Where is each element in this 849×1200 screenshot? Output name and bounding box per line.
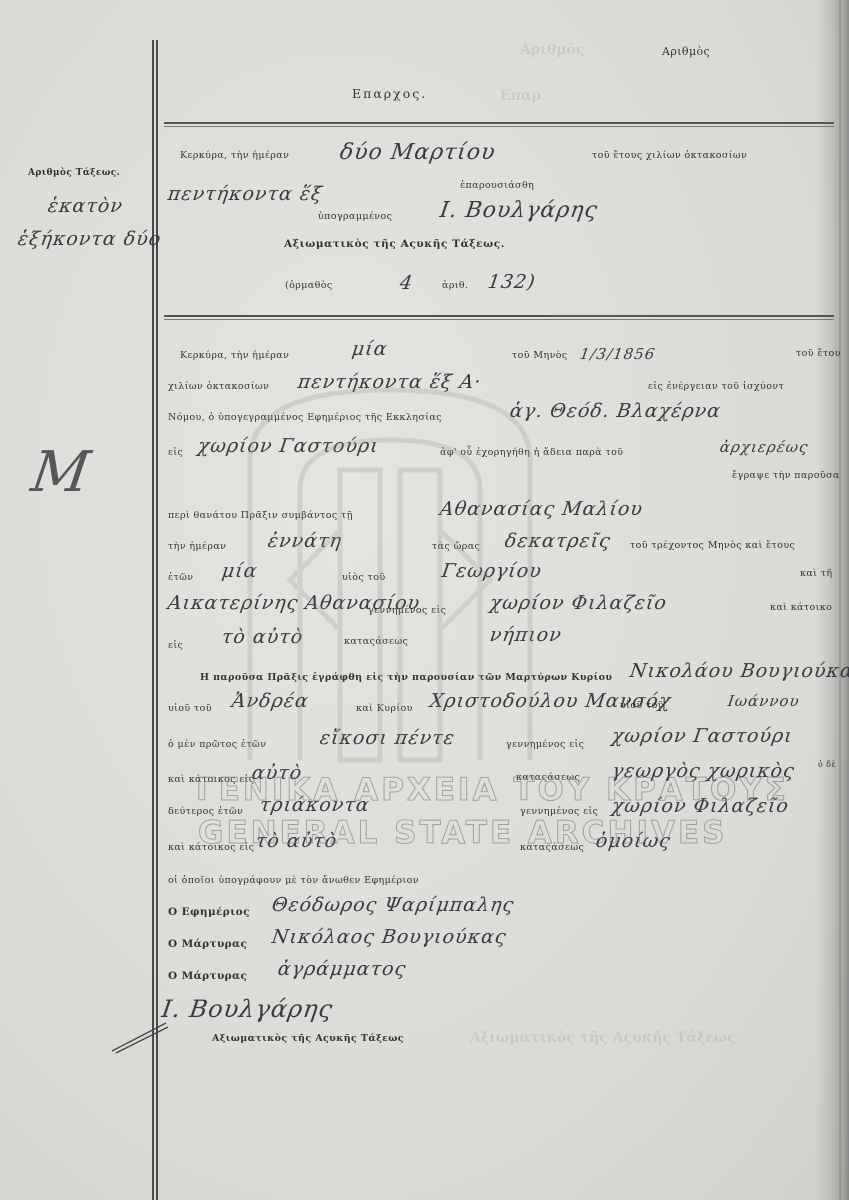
section-divider: [164, 319, 834, 320]
witness-intro: Η παροῦσα Πρᾶξις ἐγράφθη εἰς τὴν παρουσί…: [200, 672, 612, 683]
witness-label: Ο Μάρτυρας: [168, 938, 247, 950]
and-label: καὶ τῆ: [800, 568, 832, 579]
show-through-text: Αριθμὸς: [520, 42, 584, 58]
act-year: πεντήκοντα ἕξ Α·: [296, 371, 483, 393]
second-age-label: δεύτερος ἐτῶν: [168, 806, 243, 817]
son-of-label: υἱοῦ τοῦ: [620, 700, 664, 711]
witness1-status: γεωργὸς χωρικὸς: [610, 760, 796, 782]
margin-pen-stroke: [110, 1015, 170, 1055]
presentation-day: δύο Μαρτίου: [338, 140, 497, 165]
and-mr-label: καὶ Κυρίου: [356, 703, 413, 714]
year-label: τοῦ ἔτους χιλίων ὀκτακοσίων: [592, 150, 747, 161]
witness1-birthplace: χωρίον Γαστούρι: [610, 725, 794, 747]
age-label: ἐτῶν: [168, 572, 193, 583]
witness2-residence: τὸ αὐτὸ: [254, 830, 338, 852]
binding-edge: [839, 0, 841, 1200]
status-label: καταςάσεως: [516, 772, 580, 783]
signing-clause: οἱ ὁποῖοι ὑπογράφουν μὲ τὸν ἄνωθεν Εφημέ…: [168, 875, 419, 886]
son-of-label: υἱὸς τοῦ: [342, 572, 386, 583]
officer-title-top: Αξιωματικὸς τῆς Αςυκῆς Τάξεως.: [284, 238, 505, 250]
officer-signature-top: Ι. Βουλγάρης: [438, 198, 599, 223]
office-title: Επαρχος.: [352, 86, 427, 101]
presented-label: ἐπαρουσιάσθη: [460, 180, 534, 191]
age-value: μία: [220, 560, 259, 582]
priest-signature: Θεόδωρος Ψαρίμπαλης: [270, 894, 515, 916]
status-value: νήπιον: [488, 624, 563, 646]
status-label: καταςάσεως: [520, 842, 584, 853]
margin-initial: M: [27, 440, 94, 505]
undersigned-label: ὑπογραμμένος: [318, 211, 392, 222]
church-name: ἁγ. Θεόδ. Βλαχέρνα: [508, 400, 722, 422]
thousand-label: χιλίων ὀκτακοσίων: [168, 381, 269, 392]
record-number: 132): [486, 271, 537, 293]
birthplace: χωρίον Φιλαζεῖο: [488, 592, 668, 614]
wrote-label: ἔγραψε τὴν παροῦσα: [732, 470, 840, 481]
father-name: Γεωργίου: [440, 560, 543, 582]
priest-label: Ο Εφημέριος: [168, 906, 250, 918]
status-label: καταςάσεως: [344, 636, 408, 647]
witness2-status: ὁμοίως: [594, 830, 672, 852]
death-act-label: περὶ θανάτου Πρᾶξιν συμβάντος τῇ: [168, 510, 353, 521]
witness1-age: εἴκοσι πέντε: [318, 727, 456, 749]
second-label: ὁ δὲ: [818, 760, 836, 769]
permission-grantor: ἀρχιερέως: [719, 438, 810, 456]
witness2-father: Ιωάννου: [727, 692, 801, 710]
order-number-handwritten: ἑξήκοντα δύο: [16, 228, 162, 250]
first-age-label: ὁ μὲν πρῶτος ἐτῶν: [168, 739, 266, 750]
resident-label: καὶ κάτοικο: [770, 602, 832, 613]
witness-label: Ο Μάρτυρας: [168, 970, 247, 982]
presentation-year: πεντήκοντα ἕξ: [166, 183, 324, 205]
hour-label: τὰς ὥρας: [432, 541, 480, 552]
permission-label: ἀφ' οὗ ἐχορηγήθη ἡ ἄδεια παρὰ τοῦ: [440, 447, 623, 458]
born-in-label: γεννημένος εἰς: [368, 605, 446, 616]
number-abbrev-label: ἀριθ.: [442, 280, 468, 291]
resident-label: καὶ κάτοικος εἰς: [168, 842, 255, 853]
witness1-name: Νικολάου Βουγιούκα: [628, 660, 849, 682]
deceased-name: Αθανασίας Μαλίου: [438, 498, 644, 520]
born-in-label: γεννημένος εἰς: [506, 739, 584, 750]
section-divider: [164, 126, 834, 127]
section-divider: [164, 122, 834, 124]
show-through-text: Αξιωματικὸς τῆς Αςυκῆς Τάξεως: [470, 1030, 736, 1046]
death-day: ἐννάτη: [266, 530, 343, 552]
current-month-label: τοῦ τρέχοντος Μηνὸς καὶ ἔτους: [630, 540, 795, 551]
officer-signature-bottom: Ι. Βουλγάρης: [160, 995, 335, 1023]
number-label: Αριθμὸς: [662, 45, 710, 58]
day-label: τὴν ἡμέραν: [168, 541, 226, 552]
month-label: τοῦ Μηνὸς: [512, 350, 568, 361]
law-label: εἰς ἐνέργειαν τοῦ ἰσχύοντ: [648, 381, 784, 392]
section-divider: [164, 315, 834, 317]
show-through-text: Επαρ: [500, 88, 541, 104]
location-label: εἰς: [168, 447, 183, 458]
bundle-label: (ὁρμαθὸς: [285, 280, 333, 291]
order-number-handwritten: ἑκατὸν: [46, 195, 124, 217]
church-label: Νόμου, ὁ ὑπογεγραμμένος Εφημέριος τῆς Εκ…: [168, 412, 442, 423]
born-in-label: γεννημένος εἰς: [520, 806, 598, 817]
location-label: εἰς: [168, 640, 183, 651]
resident-label: καὶ κάτοικος εἰς: [168, 774, 255, 785]
son-of-label: υἱοῦ τοῦ: [168, 703, 212, 714]
act-date-label: Κερκύρα, τὴν ἡμέραν: [180, 350, 289, 361]
witness2-birthplace: χωρίον Φιλαζεῖο: [610, 795, 790, 817]
document-page: Αριθμὸς Επαρ Αξιωματικὸς τῆς Αςυκῆς Τάξε…: [0, 0, 849, 1200]
act-day: μία: [350, 338, 389, 360]
witness2-signature: ἀγράμματος: [276, 958, 407, 980]
witness2-age: τριάκοντα: [258, 794, 371, 816]
residence: τὸ αὐτὸ: [220, 626, 304, 648]
year-label: τοῦ ἔτου: [796, 348, 841, 359]
order-number-label: Αριθμὸς Τάξεως.: [28, 168, 120, 178]
witness1-signature: Νικόλαος Βουγιούκας: [270, 926, 508, 948]
witness1-father: Ἀνδρέα: [230, 690, 310, 712]
death-hour: δεκατρεῖς: [503, 530, 612, 552]
act-date: 1/3/1856: [579, 345, 657, 363]
officer-title-bottom: Αξιωματικὸς τῆς Αςυκῆς Τάξεως: [212, 1033, 404, 1044]
witness1-residence: αὐτὸ: [250, 762, 303, 784]
place-date-label: Κερκύρα, τὴν ἡμέραν: [180, 150, 289, 161]
bundle-number: 4: [398, 272, 414, 294]
village-name: χωρίον Γαστούρι: [196, 435, 380, 457]
binding-shadow: [815, 0, 849, 1200]
